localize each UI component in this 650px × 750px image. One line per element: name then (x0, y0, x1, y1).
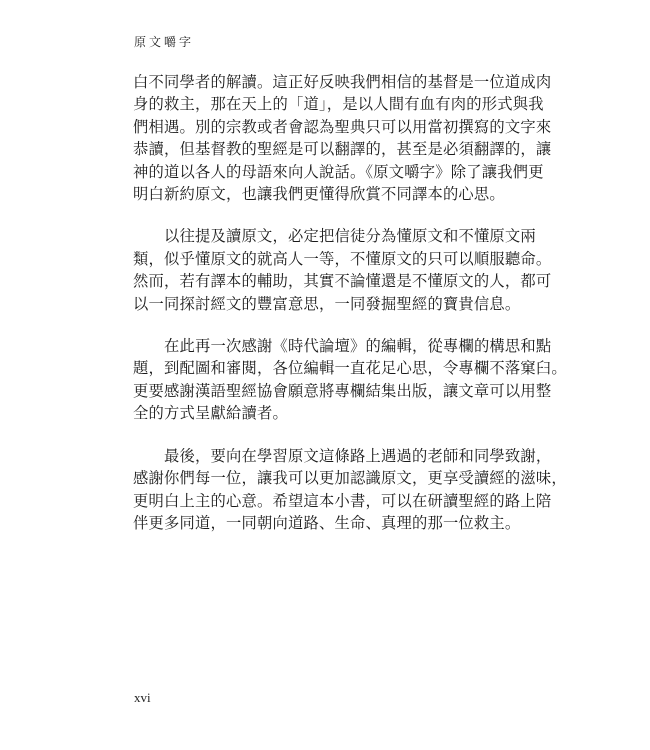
page-number: xvi (134, 690, 151, 706)
text-line: 更要感謝漢語聖經協會願意將專欄結集出版，讓文章可以用整 (133, 380, 523, 402)
text-line: 伴更多同道，一同朝向道路、生命、真理的那一位救主。 (133, 512, 523, 534)
text-line: 題，到配圖和審閱，各位編輯一直花足心思，令專欄不落窠臼。 (133, 357, 523, 379)
text-line: 感謝你們每一位，讓我可以更加認識原文，更享受讀經的滋味， (133, 467, 523, 489)
text-line: 恭讀，但基督教的聖經是可以翻譯的，甚至是必須翻譯的，讓 (133, 138, 523, 160)
text-line: 以一同探討經文的豐富意思，一同發掘聖經的寶貴信息。 (133, 293, 523, 315)
paragraph-2: 以往提及讀原文，必定把信徒分為懂原文和不懂原文兩 類，似乎懂原文的就高人一等，不… (133, 225, 523, 315)
text-line: 以往提及讀原文，必定把信徒分為懂原文和不懂原文兩 (133, 225, 523, 247)
text-line: 全的方式呈獻給讀者。 (133, 402, 523, 424)
running-head: 原文嚼字 (134, 33, 194, 50)
text-line: 類，似乎懂原文的就高人一等，不懂原文的只可以順服聽命。 (133, 248, 523, 270)
text-line: 在此再一次感謝《時代論壇》的編輯，從專欄的構思和點 (133, 335, 523, 357)
text-line: 更明白上主的心意。希望這本小書，可以在研讀聖經的路上陪 (133, 490, 523, 512)
paragraph-1: 白不同學者的解讀。這正好反映我們相信的基督是一位道成肉 身的救主，那在天上的「道… (133, 71, 523, 205)
paragraph-3: 在此再一次感謝《時代論壇》的編輯，從專欄的構思和點 題，到配圖和審閱，各位編輯一… (133, 335, 523, 425)
text-line: 最後，要向在學習原文這條路上遇過的老師和同學致謝， (133, 445, 523, 467)
text-line: 然而，若有譯本的輔助，其實不論懂還是不懂原文的人，都可 (133, 270, 523, 292)
text-line: 神的道以各人的母語來向人說話。《原文嚼字》除了讓我們更 (133, 161, 523, 183)
text-line: 身的救主，那在天上的「道」，是以人間有血有肉的形式與我 (133, 93, 523, 115)
text-line: 白不同學者的解讀。這正好反映我們相信的基督是一位道成肉 (133, 71, 523, 93)
text-line: 明白新約原文，也讓我們更懂得欣賞不同譯本的心思。 (133, 183, 523, 205)
body-text: 白不同學者的解讀。這正好反映我們相信的基督是一位道成肉 身的救主，那在天上的「道… (133, 71, 523, 554)
text-line: 們相遇。別的宗教或者會認為聖典只可以用當初撰寫的文字來 (133, 116, 523, 138)
paragraph-4: 最後，要向在學習原文這條路上遇過的老師和同學致謝， 感謝你們每一位，讓我可以更加… (133, 445, 523, 535)
